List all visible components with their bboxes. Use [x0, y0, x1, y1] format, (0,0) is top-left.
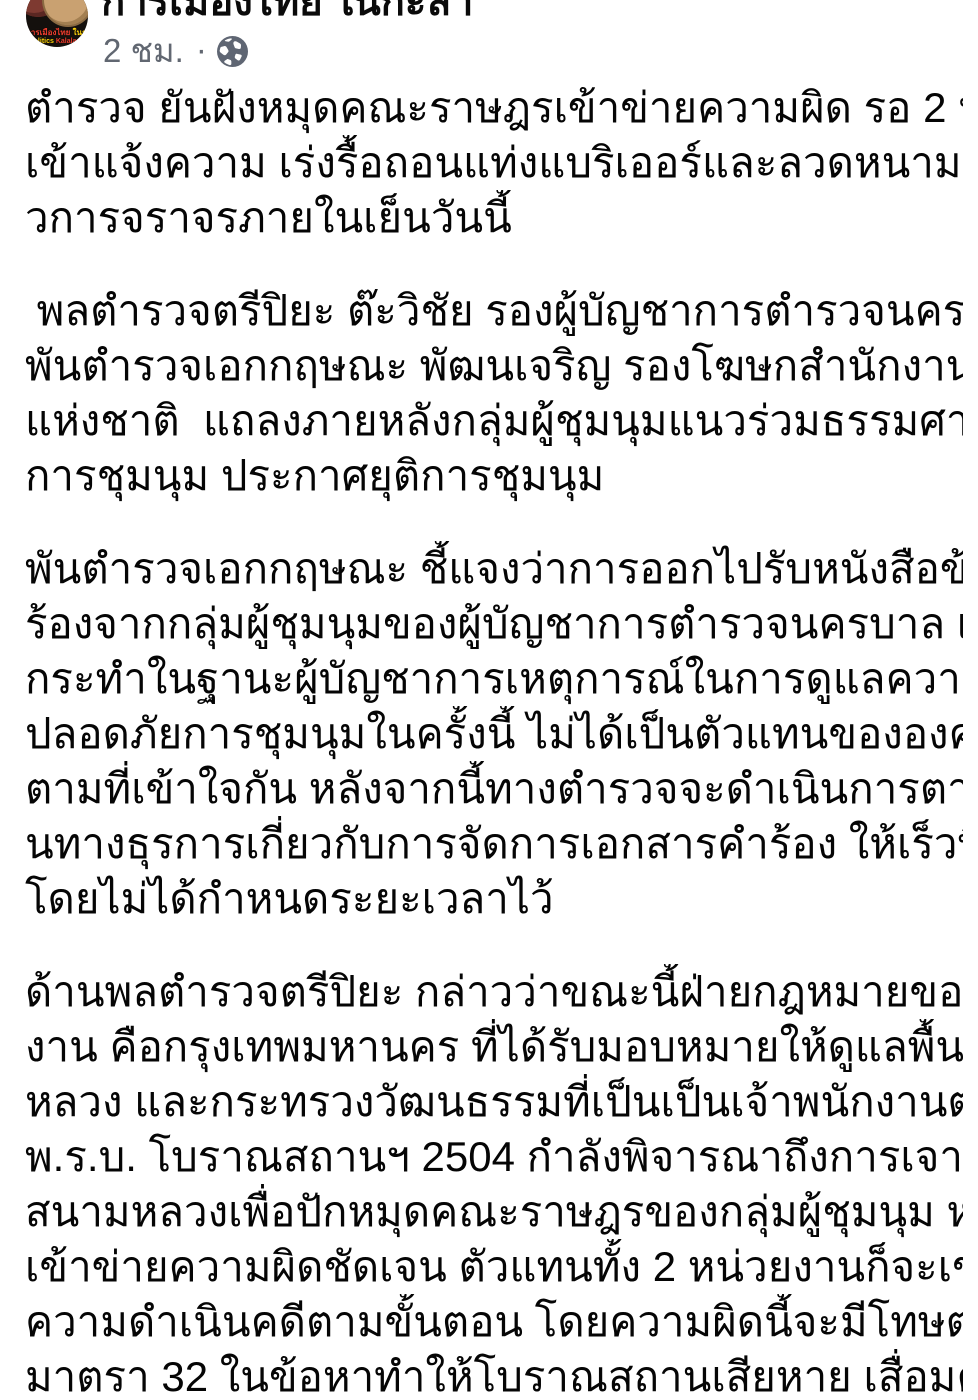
text-line: พ.ร.บ. โบราณสถานฯ 2504 กำลังพิจารณาถึงกา… [25, 1129, 963, 1184]
text-line: วการจราจรภายในเย็นวันนี้ [25, 190, 963, 245]
text-line: กระทำในฐานะผู้บัญชาการเหตุการณ์ในการดูแล… [25, 651, 963, 706]
avatar-caption-th-1: การเมืองไทย [26, 28, 70, 37]
text-line: โดยไม่ได้กำหนดระยะเวลาไว้ [25, 871, 963, 926]
page-avatar[interactable]: การเมืองไทย ในกะลา Politics Kalaland [26, 0, 88, 47]
text-line: งาน คือกรุงเทพมหานคร ที่ได้รับมอบหมายให้… [25, 1019, 963, 1074]
text-line: ตามที่เข้าใจกัน หลังจากนี้ทางตำรวจจะดำเน… [25, 761, 963, 816]
paragraph-4: ด้านพลตำรวจตรีปิยะ กล่าวว่าขณะนี้ฝ่ายกฎห… [25, 964, 963, 1400]
post-meta[interactable]: 2 ชม. · [103, 27, 248, 73]
text-line: ตำรวจ ยันฝังหมุดคณะราษฎรเข้าข่ายความผิด … [25, 80, 963, 135]
text-line: พันตำรวจเอกกฤษณะ ชี้แจงว่าการออกไปรับหนั… [25, 541, 963, 596]
text-line: ร้องจากกลุ่มผู้ชุมนุมของผู้บัญชาการตำรวจ… [25, 596, 963, 651]
text-line: การชุมนุม ประกาศยุติการชุมนุม [25, 448, 963, 503]
avatar-caption-th-2: ในกะลา [70, 28, 88, 37]
post-timestamp[interactable]: 2 ชม. [103, 24, 184, 77]
text-line: เข้าแจ้งความ เร่งรื้อถอนแท่งแบริเออร์และ… [25, 135, 963, 190]
dot-separator: · [196, 31, 207, 69]
text-line: มาตรา 32 ในข้อหาทำให้โบราณสถานเสียหาย เส… [25, 1349, 963, 1400]
text-line: ปลอดภัยการชุมนุมในครั้งนี้ ไม่ได้เป็นตัว… [25, 706, 963, 761]
paragraph-1: ตำรวจ ยันฝังหมุดคณะราษฎรเข้าข่ายความผิด … [25, 80, 963, 245]
page-name-link[interactable]: การเมืองไทย ในกะลา [101, 0, 473, 26]
paragraph-2: พลตำรวจตรีปิยะ ต๊ะวิชัย รองผู้บัญชาการตำ… [25, 283, 963, 503]
facebook-post: การเมืองไทย ในกะลา Politics Kalaland การ… [0, 0, 978, 1400]
text-line: ความดำเนินคดีตามขั้นตอน โดยความผิดนี้จะม… [25, 1294, 963, 1349]
text-line: สนามหลวงเพื่อปักหมุดคณะราษฎรของกลุ่มผู้ช… [25, 1184, 963, 1239]
paragraph-3: พันตำรวจเอกกฤษณะ ชี้แจงว่าการออกไปรับหนั… [25, 541, 963, 926]
avatar-caption: การเมืองไทย ในกะลา Politics Kalaland [26, 29, 88, 45]
avatar-caption-en-2: Kalaland [54, 38, 85, 45]
post-text: ตำรวจ ยันฝังหมุดคณะราษฎรเข้าข่ายความผิด … [25, 80, 963, 1400]
text-line: นทางธุรการเกี่ยวกับการจัดการเอกสารคำร้อง… [25, 816, 963, 871]
avatar-coin-image [42, 0, 88, 27]
text-line: พันตำรวจเอกกฤษณะ พัฒนเจริญ รองโฆษกสำนักง… [25, 338, 963, 393]
text-line: ด้านพลตำรวจตรีปิยะ กล่าวว่าขณะนี้ฝ่ายกฎห… [25, 964, 963, 1019]
text-line: เข้าข่ายความผิดชัดเจน ตัวแทนทั้ง 2 หน่วย… [25, 1239, 963, 1294]
globe-public-icon [217, 36, 248, 67]
text-line: พลตำรวจตรีปิยะ ต๊ะวิชัย รองผู้บัญชาการตำ… [25, 283, 963, 338]
text-line: แห่งชาติ แถลงภายหลังกลุ่มผู้ชุมนุมแนวร่ว… [25, 393, 963, 448]
avatar-caption-en-1: Politics [29, 38, 54, 45]
text-line: หลวง และกระทรวงวัฒนธรรมที่เป็นเป็นเจ้าพน… [25, 1074, 963, 1129]
